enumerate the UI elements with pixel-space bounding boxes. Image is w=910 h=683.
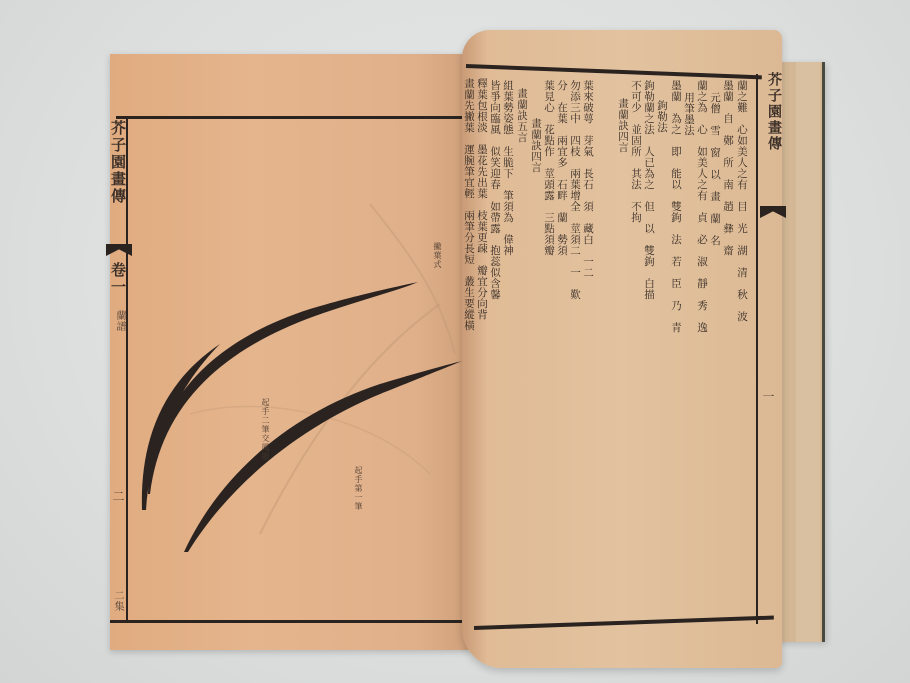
page-edge [796, 62, 820, 642]
text-column: 蘭之難 心如美人之有 目 光 湖 清 秋 波 [736, 80, 748, 322]
text-column: 鉤勒法 [656, 100, 668, 133]
text-column: 分 在葉 兩宜多 石畔 蘭 勢須 [556, 80, 568, 256]
text-column: 葉來破萼 芽氣 長石 須 藏白 一二 [582, 80, 594, 278]
text-column: 葉見心 花點作 莖頭露 三點須瓣 [543, 80, 555, 256]
text-column: 皆爭向臨風 似笑迎春 如帶露 抱蕊似含馨 [489, 80, 501, 300]
right-page-number: 一 [760, 390, 777, 403]
orchid-leaf-strokes [110, 54, 470, 650]
left-page: 芥子園畫傳 卷一 蘭譜 二 二集 撇葉式 起手二筆交鳳眼 起手第一筆 [110, 54, 470, 650]
text-column: 用筆墨法 [683, 92, 695, 136]
text-column: 釋葉包根淡 墨花先出葉 枝葉更疎 瓣宜分向背 [476, 78, 488, 320]
text-column: 勿添三中 四枝 兩葉增全 莖須二 一 歎 [569, 80, 581, 300]
annotation-second-stroke: 起手二筆交鳳眼 [260, 398, 271, 461]
annotation-first-stroke: 起手第一筆 [353, 466, 364, 511]
right-page: 蘭之難 心如美人之有 目 光 湖 清 秋 波 墨蘭 自 鄭 所 南 趙 彝 齋 … [462, 30, 782, 668]
text-column: 墨蘭 為之 即 能以 雙鉤 法 若 臣 乃 青 [670, 80, 682, 333]
text-column: 畫蘭訣四言 [617, 98, 629, 153]
illustration-title: 撇葉式 [432, 242, 443, 269]
bottom-border-rule [474, 616, 774, 630]
text-column: 組葉勢姿態 生脆下 筆須為 偉神 [502, 80, 514, 256]
next-page-title-strip: 芥子園畫傳 [764, 72, 784, 152]
text-column: 蘭之為 心 如美人之有 貞 必 淑 靜 秀 逸 [696, 80, 708, 333]
text-column-heading: 畫蘭訣五言 [516, 88, 528, 143]
text-column: 不可少 並固所 其法 不拘 [630, 80, 642, 223]
right-margin-rule [756, 74, 758, 624]
text-column: 元僧 雪 窗 以 畫 蘭 名 [709, 92, 721, 246]
top-border-rule [466, 64, 762, 79]
text-column: 畫蘭訣四言 [530, 118, 542, 173]
text-column: 墨蘭 自 鄭 所 南 趙 彝 齋 [722, 80, 734, 256]
text-column: 畫蘭先撇葉 運腕筆宜輕 兩筆分長短 叢生要縱橫 [463, 78, 475, 331]
text-column: 鉤勒蘭之法 人已為之 但 以 雙鉤 白描 [643, 80, 655, 300]
